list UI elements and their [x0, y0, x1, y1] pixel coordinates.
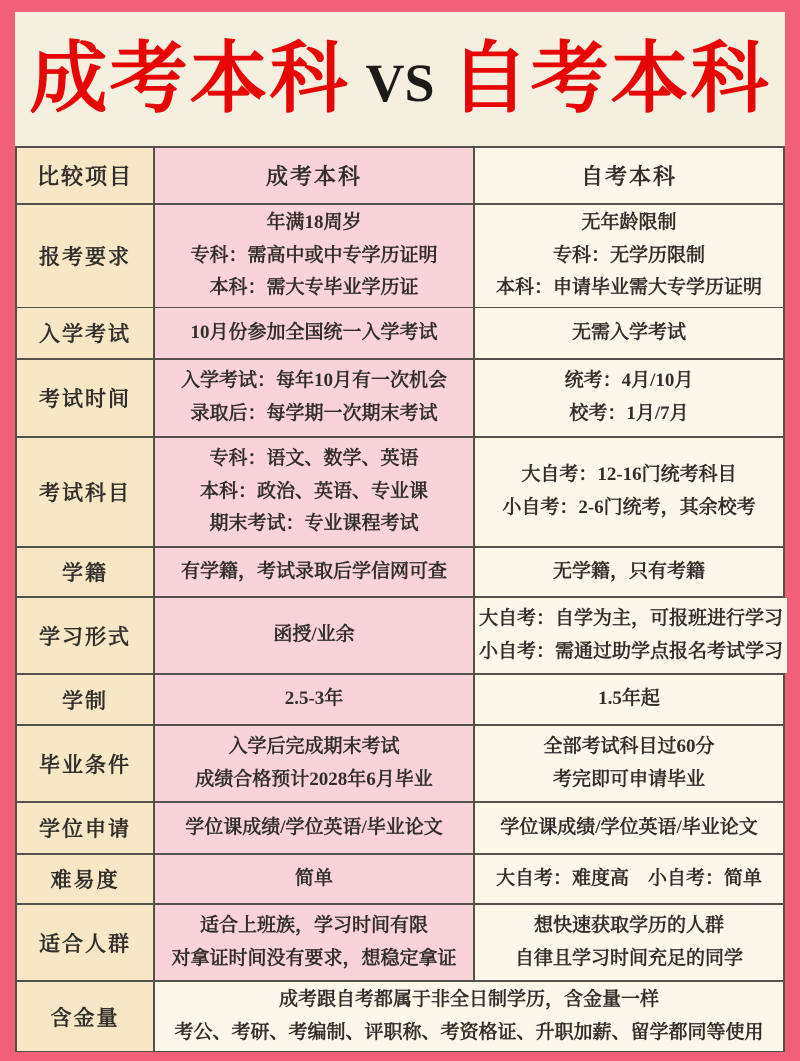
table-row-hanjinliang: 含金量 成考跟自考都属于非全日制学历，含金量一样 考公、考研、考编制、评职称、考…	[17, 980, 783, 1050]
row-label: 考试时间	[17, 360, 155, 436]
table-row-xueji: 学籍 有学籍，考试录取后学信网可查 无学籍，只有考籍	[17, 546, 783, 596]
cell-line: 统考：4月/10月	[565, 365, 694, 398]
chengkao-cell: 专科：语文、数学、英语 本科：政治、英语、专业课 期末考试：专业课程考试	[155, 438, 475, 546]
title-vs: VS	[365, 56, 434, 110]
row-label: 含金量	[17, 982, 155, 1051]
cell-line: 考完即可申请毕业	[553, 764, 705, 797]
title-chengkao: 成考本科	[29, 40, 349, 118]
row-label: 难易度	[17, 855, 155, 903]
poster-title: 成考本科 VS 自考本科	[15, 12, 785, 146]
cell-line: 简单	[295, 863, 333, 896]
cell-line: 成考跟自考都属于非全日制学历，含金量一样	[279, 984, 659, 1017]
zikao-cell: 全部考试科目过60分 考完即可申请毕业	[475, 726, 783, 801]
cell-line: 专科：语文、数学、英语	[209, 443, 418, 476]
chengkao-cell: 学位课成绩/学位英语/毕业论文	[155, 803, 475, 853]
table-row-nanyidu: 难易度 简单 大自考：难度高 小自考：简单	[17, 853, 783, 903]
zikao-cell: 想快速获取学历的人群 自律且学习时间充足的同学	[475, 905, 783, 980]
header-compare-item: 比较项目	[17, 148, 155, 203]
row-label: 学制	[17, 675, 155, 724]
cell-line: 录取后：每学期一次期末考试	[190, 398, 437, 431]
row-label: 适合人群	[17, 905, 155, 980]
table-header-row: 比较项目 成考本科 自考本科	[17, 148, 783, 203]
table-row-xuewei-shenqing: 学位申请 学位课成绩/学位英语/毕业论文 学位课成绩/学位英语/毕业论文	[17, 801, 783, 853]
cell-line: 1.5年起	[598, 683, 660, 716]
row-label: 入学考试	[17, 308, 155, 358]
row-label: 学位申请	[17, 803, 155, 853]
cell-line: 年满18周岁	[266, 207, 361, 240]
chengkao-cell: 有学籍，考试录取后学信网可查	[155, 548, 475, 596]
chengkao-cell: 入学后完成期末考试 成绩合格预计2028年6月毕业	[155, 726, 475, 801]
zikao-cell: 无年龄限制 专科：无学历限制 本科：申请毕业需大专学历证明	[475, 205, 783, 307]
cell-line: 考公、考研、考编制、评职称、考资格证、升职加薪、留学都同等使用	[174, 1017, 763, 1050]
cell-line: 无学籍，只有考籍	[553, 556, 705, 589]
cell-line: 入学考试：每年10月有一次机会	[181, 365, 447, 398]
header-chengkao: 成考本科	[155, 148, 475, 203]
table-row-baokao-yaoqiu: 报考要求 年满18周岁 专科：需高中或中专学历证明 本科：需大专毕业学历证 无年…	[17, 203, 783, 306]
table-row-kaoshi-kemu: 考试科目 专科：语文、数学、英语 本科：政治、英语、专业课 期末考试：专业课程考…	[17, 436, 783, 546]
chengkao-cell: 函授/业余	[155, 598, 475, 673]
cell-line: 大自考：12-16门统考科目	[521, 459, 736, 492]
cell-line: 全部考试科目过60分	[543, 731, 714, 764]
cell-line: 本科：申请毕业需大专学历证明	[496, 272, 762, 305]
cell-line: 学位课成绩/学位英语/毕业论文	[500, 812, 758, 845]
cell-line: 专科：无学历限制	[553, 240, 705, 273]
row-label: 考试科目	[17, 438, 155, 546]
zikao-cell: 无学籍，只有考籍	[475, 548, 783, 596]
cell-line: 大自考：自学为主，可报班进行学习	[479, 603, 783, 636]
row-label: 报考要求	[17, 205, 155, 307]
cell-line: 对拿证时间没有要求，想稳定拿证	[171, 943, 456, 976]
title-zikao: 自考本科	[451, 40, 771, 118]
cell-line: 自律且学习时间充足的同学	[515, 943, 743, 976]
zikao-cell: 大自考：自学为主，可报班进行学习 小自考：需通过助学点报名考试学习	[475, 598, 787, 673]
chengkao-cell: 入学考试：每年10月有一次机会 录取后：每学期一次期末考试	[155, 360, 475, 436]
cell-line: 2.5-3年	[285, 683, 344, 716]
cell-line: 本科：政治、英语、专业课	[200, 476, 428, 509]
chengkao-cell: 2.5-3年	[155, 675, 475, 724]
zikao-cell: 1.5年起	[475, 675, 783, 724]
cell-line: 想快速获取学历的人群	[534, 910, 724, 943]
cell-line: 适合上班族，学习时间有限	[200, 910, 428, 943]
zikao-cell: 大自考：12-16门统考科目 小自考：2-6门统考，其余校考	[475, 438, 783, 546]
table-row-shihe-renqun: 适合人群 适合上班族，学习时间有限 对拿证时间没有要求，想稳定拿证 想快速获取学…	[17, 903, 783, 980]
row-label: 毕业条件	[17, 726, 155, 801]
table-row-ruxue-kaoshi: 入学考试 10月份参加全国统一入学考试 无需入学考试	[17, 306, 783, 358]
table-row-kaoshi-shijian: 考试时间 入学考试：每年10月有一次机会 录取后：每学期一次期末考试 统考：4月…	[17, 358, 783, 436]
cell-line: 入学后完成期末考试	[228, 731, 399, 764]
row-label: 学习形式	[17, 598, 155, 673]
zikao-cell: 学位课成绩/学位英语/毕业论文	[475, 803, 783, 853]
cell-line: 无年龄限制	[581, 207, 676, 240]
zikao-cell: 大自考：难度高 小自考：简单	[475, 855, 783, 903]
cell-line: 成绩合格预计2028年6月毕业	[195, 764, 433, 797]
poster-frame: 成考本科 VS 自考本科 比较项目 成考本科 自考本科 报考要求 年满18周岁 …	[0, 0, 800, 1061]
cell-line: 小自考：需通过助学点报名考试学习	[479, 636, 783, 669]
zikao-cell: 无需入学考试	[475, 308, 783, 358]
cell-line: 10月份参加全国统一入学考试	[190, 317, 437, 350]
cell-line: 专科：需高中或中专学历证明	[190, 240, 437, 273]
cell-line: 期末考试：专业课程考试	[209, 508, 418, 541]
row-label: 学籍	[17, 548, 155, 596]
chengkao-cell: 年满18周岁 专科：需高中或中专学历证明 本科：需大专毕业学历证	[155, 205, 475, 307]
cell-line: 学位课成绩/学位英语/毕业论文	[185, 812, 443, 845]
cell-line: 大自考：难度高 小自考：简单	[496, 863, 762, 896]
chengkao-cell: 适合上班族，学习时间有限 对拿证时间没有要求，想稳定拿证	[155, 905, 475, 980]
chengkao-cell: 简单	[155, 855, 475, 903]
cell-line: 校考：1月/7月	[569, 398, 688, 431]
cell-line: 小自考：2-6门统考，其余校考	[502, 492, 755, 525]
cell-line: 无需入学考试	[572, 317, 686, 350]
cell-line: 本科：需大专毕业学历证	[209, 272, 418, 305]
cell-line: 有学籍，考试录取后学信网可查	[181, 556, 447, 589]
header-zikao: 自考本科	[475, 148, 783, 203]
table-row-xuexi-xingshi: 学习形式 函授/业余 大自考：自学为主，可报班进行学习 小自考：需通过助学点报名…	[17, 596, 783, 673]
table-row-biye-tiaojian: 毕业条件 入学后完成期末考试 成绩合格预计2028年6月毕业 全部考试科目过60…	[17, 724, 783, 801]
chengkao-cell: 10月份参加全国统一入学考试	[155, 308, 475, 358]
cell-line: 函授/业余	[273, 619, 354, 652]
table-row-xuezhi: 学制 2.5-3年 1.5年起	[17, 673, 783, 724]
comparison-table: 比较项目 成考本科 自考本科 报考要求 年满18周岁 专科：需高中或中专学历证明…	[15, 146, 785, 1052]
zikao-cell: 统考：4月/10月 校考：1月/7月	[475, 360, 783, 436]
merged-cell: 成考跟自考都属于非全日制学历，含金量一样 考公、考研、考编制、评职称、考资格证、…	[155, 982, 783, 1051]
